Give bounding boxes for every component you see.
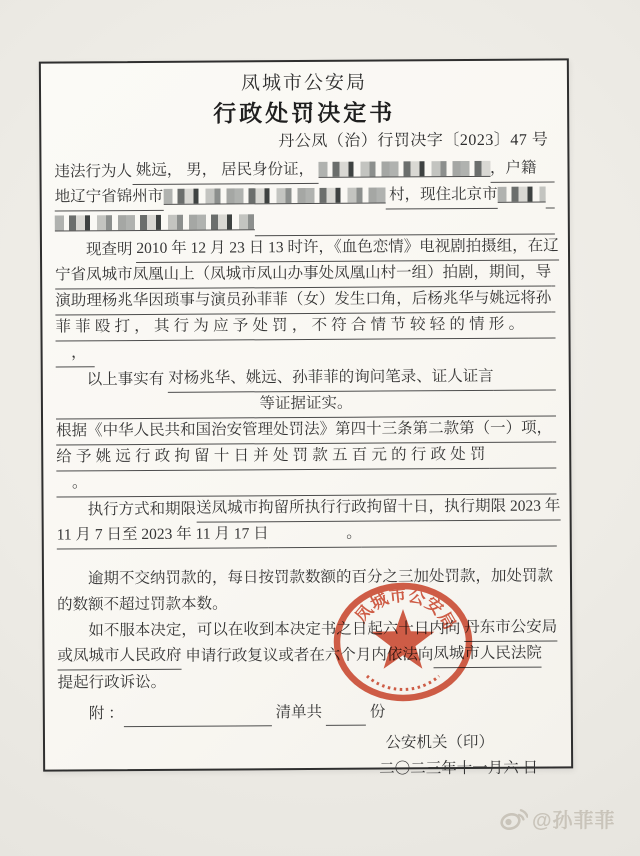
text-segment: 村，现住北京市 [385,182,498,210]
underline-fill [362,545,557,547]
text-segment: 姚远， 男， 居民身份证， [132,157,318,185]
text-segment: 11 月 7 日至 2023 年 11 月 17 日 [57,521,269,549]
legal-basis-line-2: 给予姚远行政拘留十日并处罚款五百元的行政处罚 [56,442,556,471]
issuing-authority: 凤城市公安局 [54,70,554,97]
document-title: 行政处罚决定书 [54,96,554,129]
redaction-mosaic [55,214,255,231]
penalty-decision-document: 凤城市公安局 行政处罚决定书 丹公凤（治）行罚决字〔2023〕47 号 违法行为… [39,58,573,771]
late-fine-line-1: 逾期不交纳罚款的，每日按罚款数额的百分之三加处罚款，加处罚款 [57,563,557,592]
attachment-line: 附 ： 清单共 份 [58,698,558,727]
text-segment: 份 [366,700,386,726]
execution-line-2: 11 月 7 日至 2023 年 11 月 17 日 。 [57,520,557,549]
authority-label-line: 公安机关（印） [58,729,558,758]
underline-fill [551,311,555,312]
text-segment: ，户籍 [490,156,537,183]
text-segment: 凤城市人民法院 [433,641,542,669]
text-segment: 丹东市公安局 [464,614,557,642]
text-segment: 或凤城市人民政府 [57,643,181,671]
text-segment: 现查明 [86,237,137,263]
text-segment: 逾期不交纳罚款的，每日按罚款数额的百分之三加处罚款，加处罚款 [88,563,553,592]
redaction-mosaic [163,187,385,204]
text-segment: 菲菲殴打，其行为应予处罚，不符合情节较轻的情形。 [55,312,528,342]
text-segment: 等证据证实。 [259,391,352,419]
weibo-watermark: @孙菲菲 [500,804,616,833]
blank-field [326,707,366,726]
text-segment: 对杨兆华、姚远、孙菲菲的询问笔录、证人证言 [168,364,494,393]
execution-line-1: 执行方式和期限送凤城市拘留所执行行政拘留十日，执行期限 2023 年 [56,494,556,523]
document-body: 违法行为人 姚远， 男， 居民身份证， ，户籍地辽宁省锦州市 村，现住北京市现查… [54,156,558,784]
facts-line-4: 菲菲殴打，其行为应予处罚，不符合情节较轻的情形。 [55,312,555,341]
text-segment: 违法行为人 [54,159,132,185]
text-segment: 以上事实有 [87,367,169,393]
text-segment: 清单共 [272,700,326,726]
watermark-text: @孙菲菲 [532,804,616,833]
appeal-line-3: 提起行政诉讼。 [58,667,558,696]
redaction-mosaic [318,160,490,177]
text-segment: 。 [56,470,87,497]
text-segment: 2010 年 12 月 23 日 13 时许，《血色恋情》电视剧拍摄组，在辽 [136,233,559,263]
underline-fill [528,337,555,338]
weibo-icon [500,807,528,831]
underline-fill [551,285,555,286]
text-segment: 给予姚远行政拘留十日并处罚款五百元的行政处罚 [56,442,490,472]
appeal-line-2: 或凤城市人民政府 申请行政复议或者在六个月内依法向凤城市人民法院 [57,641,557,670]
text-segment: 如不服本决定，可以在收到本决定书之日起六十日内向 [88,616,464,644]
text-segment: 的数额不超过罚款本数。 [57,591,228,618]
registered-address-line: 地辽宁省锦州市 村，现住北京市 [55,182,555,211]
redaction-mosaic [498,186,546,202]
text-segment: 二〇二三年十一月六 日 [379,756,538,783]
underline-fill [552,441,556,442]
text-segment: 申请行政复议或者在六个月内依法向 [181,642,433,670]
text-segment: 公安机关（印） [385,730,494,757]
text-segment: 。 [269,521,362,549]
underline-fill [546,207,555,208]
text-segment: 提起行政诉讼。 [58,670,167,697]
underline-fill [537,181,555,182]
evidence-line-1: 以上事实有 对杨兆华、姚远、孙菲菲的询问笔录、证人证言 [56,364,556,393]
text-segment: ， [56,340,95,367]
text-segment: 地辽宁省锦州市 [55,184,164,212]
blank-field [124,707,272,727]
text-segment: 送凤城市拘留所执行行政拘留十日，执行期限 2023 年 [196,493,560,522]
date-line: 二〇二三年十一月六 日 [58,755,558,784]
text-segment: 执行方式和期限 [87,497,196,524]
text-segment: 附 ： [89,701,124,727]
document-number: 丹公凤（治）行罚决字〔2023〕47 号 [54,128,554,155]
